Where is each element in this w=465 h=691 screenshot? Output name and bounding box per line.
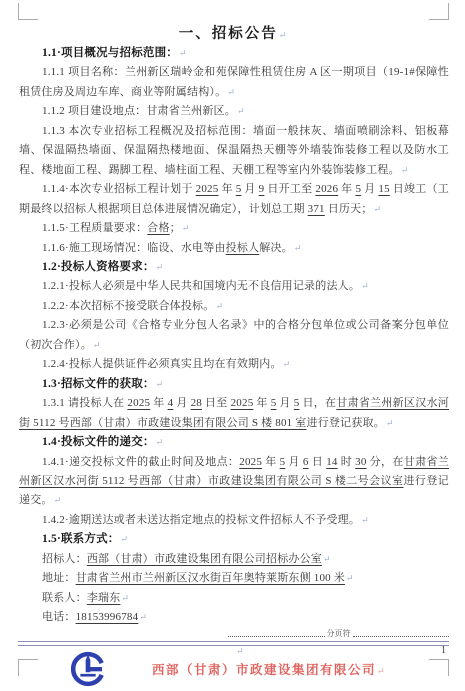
footer-brand: 西部（甘肃）市政建设集团有限公司↵ — [70, 650, 449, 688]
underlined-text: 西部（甘肃）市政建设集团有限公司招标办公室 — [87, 553, 322, 565]
text-run: 年 — [253, 397, 270, 409]
paragraph-mark-icon: ↵ — [377, 666, 385, 676]
text-run: 年 — [150, 397, 167, 409]
paragraph-mark-icon: ↵ — [346, 573, 354, 583]
paragraph-mark-icon: ↵ — [179, 48, 187, 58]
text-run: 日开工至 — [264, 183, 315, 195]
page-break-marker: 分页符 — [228, 629, 449, 639]
paragraph-mark-icon: ↵ — [323, 554, 331, 564]
text-run: 1.4·投标文件的递交： — [42, 436, 155, 448]
text-run: 进行登记获取。 — [307, 417, 385, 429]
document-body: 1.1·项目概况与招标范围：↵1.1.1 项目名称：兰州新区瑞岭金和苑保障性租赁… — [19, 44, 449, 628]
paragraph-mark-icon: ↵ — [294, 243, 302, 253]
page-break-label: 分页符 — [325, 629, 353, 639]
text-run: 1.1.3 本次专业招标工程概况及招标范围：墙面一般抹灰、墙面喷刷涂料、铝板幕墙… — [19, 125, 449, 176]
text-run: 1.4.1·递交投标文件的截止时间及地点： — [42, 456, 239, 468]
paragraph: 电话：18153996784↵ — [19, 608, 449, 627]
text-run: 1.2.3·必须是公司《合格专业分包人名录》中的合格分包单位或公司备案分包单位（… — [19, 319, 449, 350]
text-run: 年 — [338, 183, 355, 195]
paragraph-mark-icon: ↵ — [386, 418, 394, 428]
paragraph: 1.1.2 项目建设地点：甘肃省兰州新区。↵ — [19, 102, 449, 121]
text-run: 年 — [262, 456, 280, 468]
underlined-text: 合格 — [147, 222, 169, 234]
paragraph: 1.1.6·施工现场情况：临设、水电等由投标人解决。↵ — [19, 239, 449, 258]
underlined-text: 14 — [326, 456, 337, 468]
text-run: 解决。 — [259, 242, 293, 254]
text-run: 1.1.5·工程质量要求： — [42, 222, 147, 234]
text-run: 1.1.6·施工现场情况：临设、水电等由 — [42, 242, 226, 254]
section-heading: 1.2·投标人资格要求：↵ — [19, 258, 449, 277]
text-run: 日历天； — [325, 203, 373, 215]
page-break-dotted-line — [228, 636, 325, 637]
underlined-text: 甘肃省兰州市兰州新区汉水街百年奥特莱斯东侧 100 米 — [76, 572, 345, 584]
text-run: 1.2·投标人资格要求： — [42, 261, 155, 273]
text-run: 年 — [218, 183, 235, 195]
section-heading: 1.3·招标文件的获取：↵ — [19, 375, 449, 394]
page-break-dotted-line — [353, 636, 450, 637]
paragraph-mark-icon: ↵ — [401, 165, 409, 175]
text-run: 月 — [361, 183, 378, 195]
paragraph: 1.1.5·工程质量要求：合格；↵ — [19, 219, 449, 238]
footer-company-name-text: 西部（甘肃）市政建设集团有限公司 — [152, 663, 376, 677]
text-run: 1.4.2·逾期送达或者未送达指定地点的投标文件招标人不予受理。 — [42, 514, 360, 526]
paragraph-mark-icon: ↵ — [93, 340, 101, 350]
underlined-text: 2025 — [127, 397, 150, 409]
text-run: 日，在 — [299, 397, 336, 409]
text-run: 1.3·招标文件的获取： — [42, 378, 155, 390]
paragraph-mark-icon: ↵ — [182, 223, 190, 233]
paragraph: 1.3.1 请投标人在 2025 年 4 月 28 日至 2025 年 5 月 … — [19, 394, 449, 433]
text-run: 月 — [276, 397, 293, 409]
underlined-text: 371 — [308, 203, 325, 215]
text-run: 1.3.1 请投标人在 — [42, 397, 127, 409]
text-run: 日至 — [202, 397, 231, 409]
text-run: 1.1·项目概况与招标范围： — [42, 47, 178, 59]
underlined-text: 15 — [378, 183, 389, 195]
page-title: 一、招标公告↵ — [0, 22, 465, 43]
underlined-text: 30 — [355, 456, 366, 468]
paragraph-mark-icon: ↵ — [121, 534, 129, 544]
paragraph: 地址：甘肃省兰州市兰州新区汉水街百年奥特莱斯东侧 100 米↵ — [19, 569, 449, 588]
text-run: 1.2.4·投标人提供证件必须真实且均在有效期内。 — [42, 358, 282, 370]
text-run: 时 — [338, 456, 356, 468]
paragraph-mark-icon: ↵ — [156, 437, 164, 447]
paragraph-mark-icon: ↵ — [139, 612, 147, 622]
paragraph-mark-icon: ↵ — [283, 359, 291, 369]
text-run: 地址： — [42, 572, 76, 584]
paragraph-mark-icon: ↵ — [227, 87, 235, 97]
text-run: 联系人： — [42, 592, 87, 604]
text-run: 招标人： — [42, 553, 87, 565]
page-title-text: 一、招标公告 — [179, 26, 278, 42]
paragraph-mark-icon: ↵ — [121, 593, 129, 603]
paragraph-mark-icon: ↵ — [361, 281, 369, 291]
text-run: 1.1.2 项目建设地点：甘肃省兰州新区。 — [42, 105, 236, 117]
text-run: 1.2.2·本次招标不接受联合体投标。 — [42, 300, 214, 312]
paragraph: 1.2.1·投标人必须是中华人民共和国境内无不良信用记录的法人。↵ — [19, 277, 449, 296]
paragraph-mark-icon: ↵ — [374, 204, 382, 214]
paragraph: 招标人：西部（甘肃）市政建设集团有限公司招标办公室↵ — [19, 550, 449, 569]
underlined-text: 李瑞东 — [87, 592, 121, 604]
underlined-text: 28 — [191, 397, 202, 409]
section-heading: 1.1·项目概况与招标范围：↵ — [19, 44, 449, 63]
paragraph-mark-icon: ↵ — [361, 515, 369, 525]
footer-company-name: 西部（甘肃）市政建设集团有限公司↵ — [152, 660, 385, 678]
paragraph: 1.4.1·递交投标文件的截止时间及地点：2025 年 5 月 6 日 14 时… — [19, 453, 449, 511]
paragraph-mark-icon: ↵ — [237, 106, 245, 116]
paragraph: 1.2.4·投标人提供证件必须真实且均在有效期内。↵ — [19, 355, 449, 374]
text-run: 日 — [309, 456, 327, 468]
text-run: 月 — [285, 456, 303, 468]
footer-separator-rule — [18, 641, 449, 646]
paragraph-mark-icon: ↵ — [156, 379, 164, 389]
margin-corner-mark-bottom-left — [18, 659, 38, 676]
margin-corner-mark-top-right — [429, 3, 449, 20]
section-heading: 1.4·投标文件的递交：↵ — [19, 433, 449, 452]
underlined-text: 2025 — [196, 183, 219, 195]
paragraph: 1.1.3 本次专业招标工程概况及招标范围：墙面一般抹灰、墙面喷刷涂料、铝板幕墙… — [19, 122, 449, 180]
text-run: 月 — [241, 183, 258, 195]
underlined-text: 2026 — [315, 183, 338, 195]
text-run: 分，在 — [367, 456, 404, 468]
paragraph: 1.1.1 项目名称：兰州新区瑞岭金和苑保障性租赁住房 A 区一期项目（19-1… — [19, 63, 449, 102]
paragraph-mark-icon: ↵ — [279, 30, 287, 40]
text-run: ； — [170, 222, 181, 234]
text-run: 1.1.4·本次专业招标工程计划于 — [42, 183, 196, 195]
paragraph-mark-icon: ↵ — [215, 301, 223, 311]
document-page: { "document": { "title": "一、招标公告", "para… — [0, 0, 465, 691]
paragraph: 联系人：李瑞东↵ — [19, 589, 449, 608]
section-heading: 1.5·联系方式：↵ — [19, 530, 449, 549]
underlined-text: 投标人 — [226, 242, 260, 254]
margin-corner-mark-top-left — [18, 3, 38, 20]
underlined-text: 2025 — [239, 456, 262, 468]
text-run: 1.2.1·投标人必须是中华人民共和国境内无不良信用记录的法人。 — [42, 280, 360, 292]
underlined-text: 2025 — [231, 397, 254, 409]
paragraph: 1.4.2·逾期送达或者未送达指定地点的投标文件招标人不予受理。↵ — [19, 511, 449, 530]
paragraph-mark-icon: ↵ — [54, 495, 62, 505]
underlined-text: 18153996784 — [76, 611, 139, 623]
paragraph-mark-icon: ↵ — [156, 262, 164, 272]
text-run: 月 — [173, 397, 190, 409]
company-logo-icon — [70, 650, 106, 688]
paragraph: 1.2.2·本次招标不接受联合体投标。↵ — [19, 297, 449, 316]
paragraph: 1.1.4·本次专业招标工程计划于 2025 年 5 月 9 日开工至 2026… — [19, 180, 449, 219]
text-run: 1.5·联系方式： — [42, 533, 120, 545]
text-run: 电话： — [42, 611, 76, 623]
paragraph: 1.2.3·必须是公司《合格专业分包人名录》中的合格分包单位或公司备案分包单位（… — [19, 316, 449, 355]
